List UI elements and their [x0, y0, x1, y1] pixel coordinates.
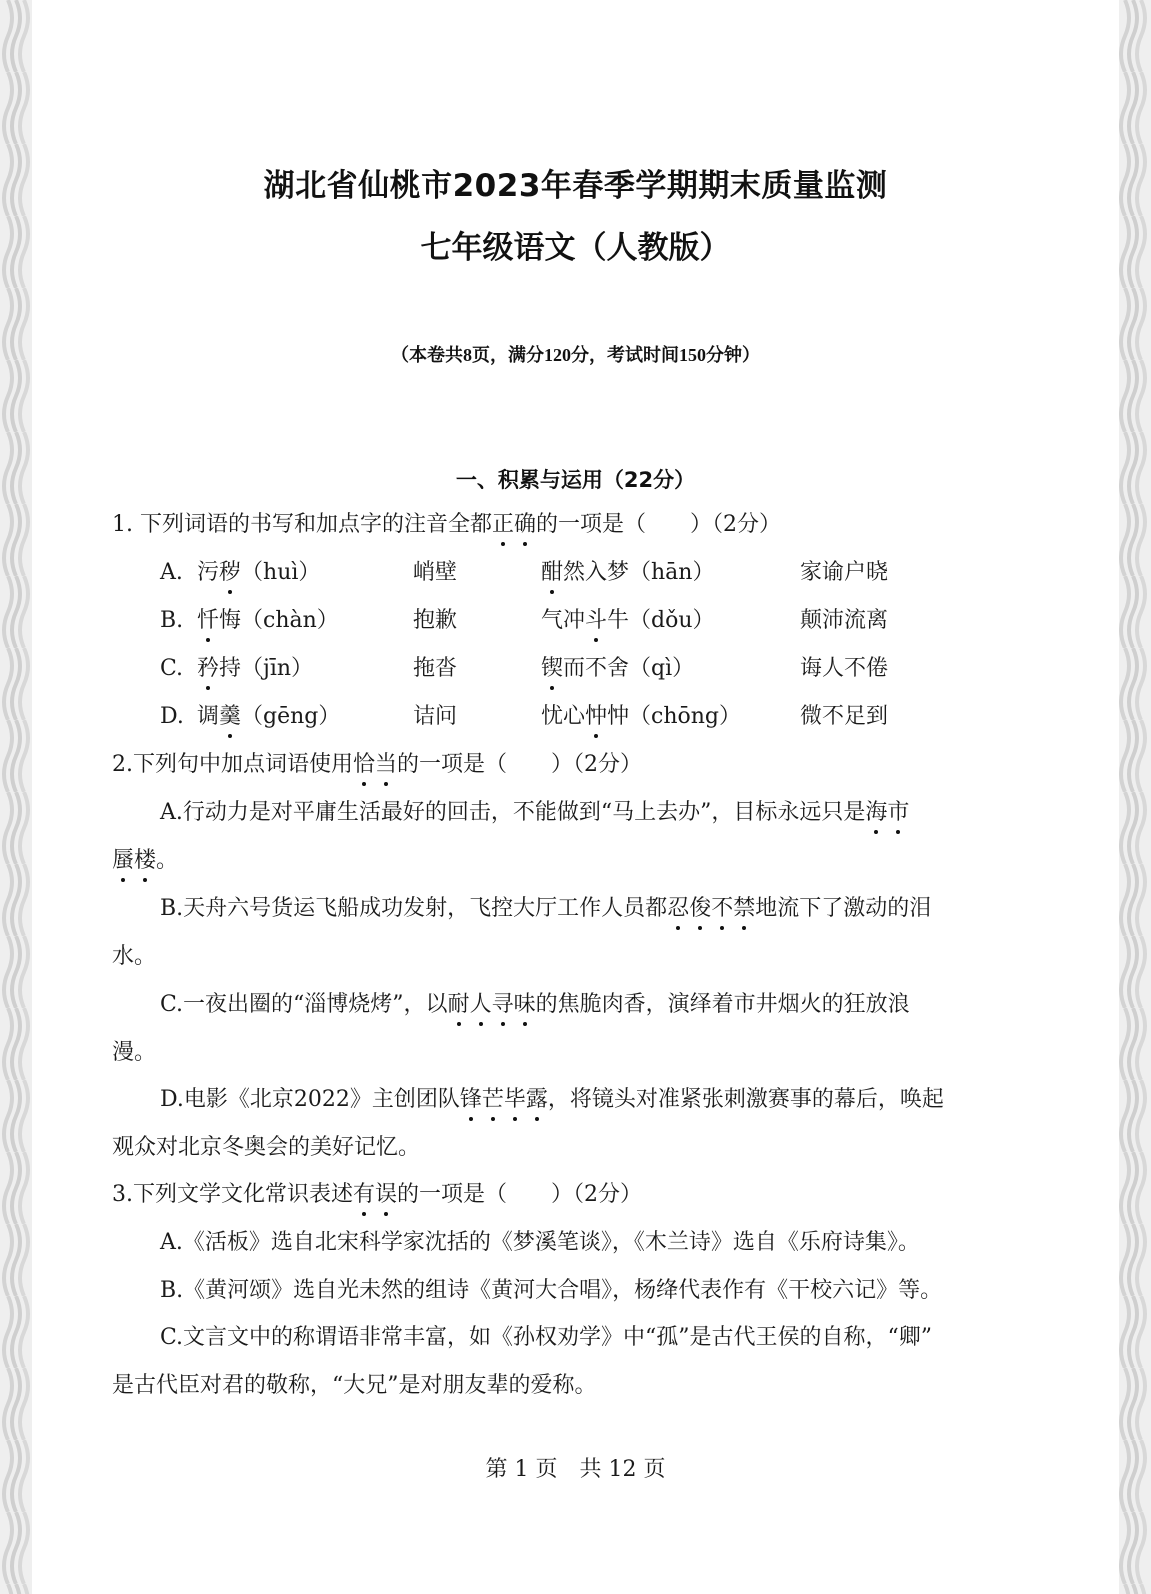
- question-3-stem: 3.下列文学文化常识表述有误的一项是（ ）（2分）: [112, 1180, 642, 1210]
- page-title: 湖北省仙桃市2023年春季学期期末质量监测: [0, 160, 1151, 205]
- exam-info: （本卷共8页，满分120分，考试时间150分钟）: [0, 341, 1151, 367]
- option-c-col1: 矜持（jīn）: [197, 654, 313, 684]
- section-title: 一、积累与运用（22分）: [0, 464, 1151, 494]
- option-b-col2: 抱歉: [413, 606, 457, 636]
- question-2-option-a-cont: 蜃楼。: [112, 846, 178, 876]
- option-a-label: A.: [160, 558, 183, 588]
- option-d-col2: 诘问: [413, 702, 457, 732]
- page-number-footer: 第 1 页 共 12 页: [0, 1452, 1151, 1483]
- option-d-col4: 微不足到: [800, 702, 888, 732]
- option-b-col4: 颠沛流离: [800, 606, 888, 636]
- option-c-col4: 诲人不倦: [800, 654, 888, 684]
- option-d-col3: 忧心忡忡（chōng）: [541, 702, 741, 732]
- question-3-option-a: A.《活板》选自北宋科学家沈括的《梦溪笔谈》，《木兰诗》选自《乐府诗集》。: [160, 1228, 920, 1258]
- option-b-label: B.: [160, 606, 183, 636]
- option-a-col2: 峭壁: [413, 558, 457, 588]
- question-2-option-c: C.一夜出圈的“淄博烧烤”，以耐人寻味的焦脆肉香，演绎着市井烟火的狂放浪: [160, 990, 910, 1020]
- option-a-col1: 污秽（huì）: [197, 558, 320, 588]
- option-b-col3: 气冲斗牛（dǒu）: [541, 606, 715, 636]
- question-3-option-c: C.文言文中的称谓语非常丰富，如《孙权劝学》中“孤”是古代王侯的自称，“卿”: [160, 1323, 932, 1353]
- page-subtitle: 七年级语文（人教版）: [0, 222, 1151, 267]
- option-b-col1: 忏悔（chàn）: [197, 606, 339, 636]
- question-3-option-c-cont: 是古代臣对君的敬称，“大兄”是对朋友辈的爱称。: [112, 1371, 597, 1401]
- question-1-stem: 1. 下列词语的书写和加点字的注音全都正确的一项是（ ）（2分）: [112, 510, 781, 540]
- question-2-option-d-cont: 观众对北京冬奥会的美好记忆。: [112, 1133, 420, 1163]
- question-2-option-b: B.天舟六号货运飞船成功发射，飞控大厅工作人员都忍俊不禁地流下了激动的泪: [160, 894, 931, 924]
- question-2-option-d: D.电影《北京2022》主创团队锋芒毕露，将镜头对准紧张刺激赛事的幕后，唤起: [160, 1085, 944, 1115]
- question-2-option-b-cont: 水。: [112, 942, 156, 972]
- dotted-text: 正确: [492, 512, 536, 537]
- question-2-stem: 2.下列句中加点词语使用恰当的一项是（ ）（2分）: [112, 750, 642, 780]
- option-c-label: C.: [160, 654, 183, 684]
- option-c-col2: 拖沓: [413, 654, 457, 684]
- option-a-col4: 家谕户晓: [800, 558, 888, 588]
- exam-page: 湖北省仙桃市2023年春季学期期末质量监测 七年级语文（人教版） （本卷共8页，…: [0, 0, 1151, 1594]
- option-d-label: D.: [160, 702, 184, 732]
- question-3-option-b: B.《黄河颂》选自光未然的组诗《黄河大合唱》，杨绛代表作有《干校六记》等。: [160, 1276, 942, 1306]
- question-2-option-a: A.行动力是对平庸生活最好的回击，不能做到“马上去办”，目标永远只是海市: [160, 798, 909, 828]
- option-a-col3: 酣然入梦（hān）: [541, 558, 714, 588]
- option-c-col3: 锲而不舍（qì）: [541, 654, 694, 684]
- option-d-col1: 调羹（gēng）: [197, 702, 340, 732]
- question-2-option-c-cont: 漫。: [112, 1038, 156, 1068]
